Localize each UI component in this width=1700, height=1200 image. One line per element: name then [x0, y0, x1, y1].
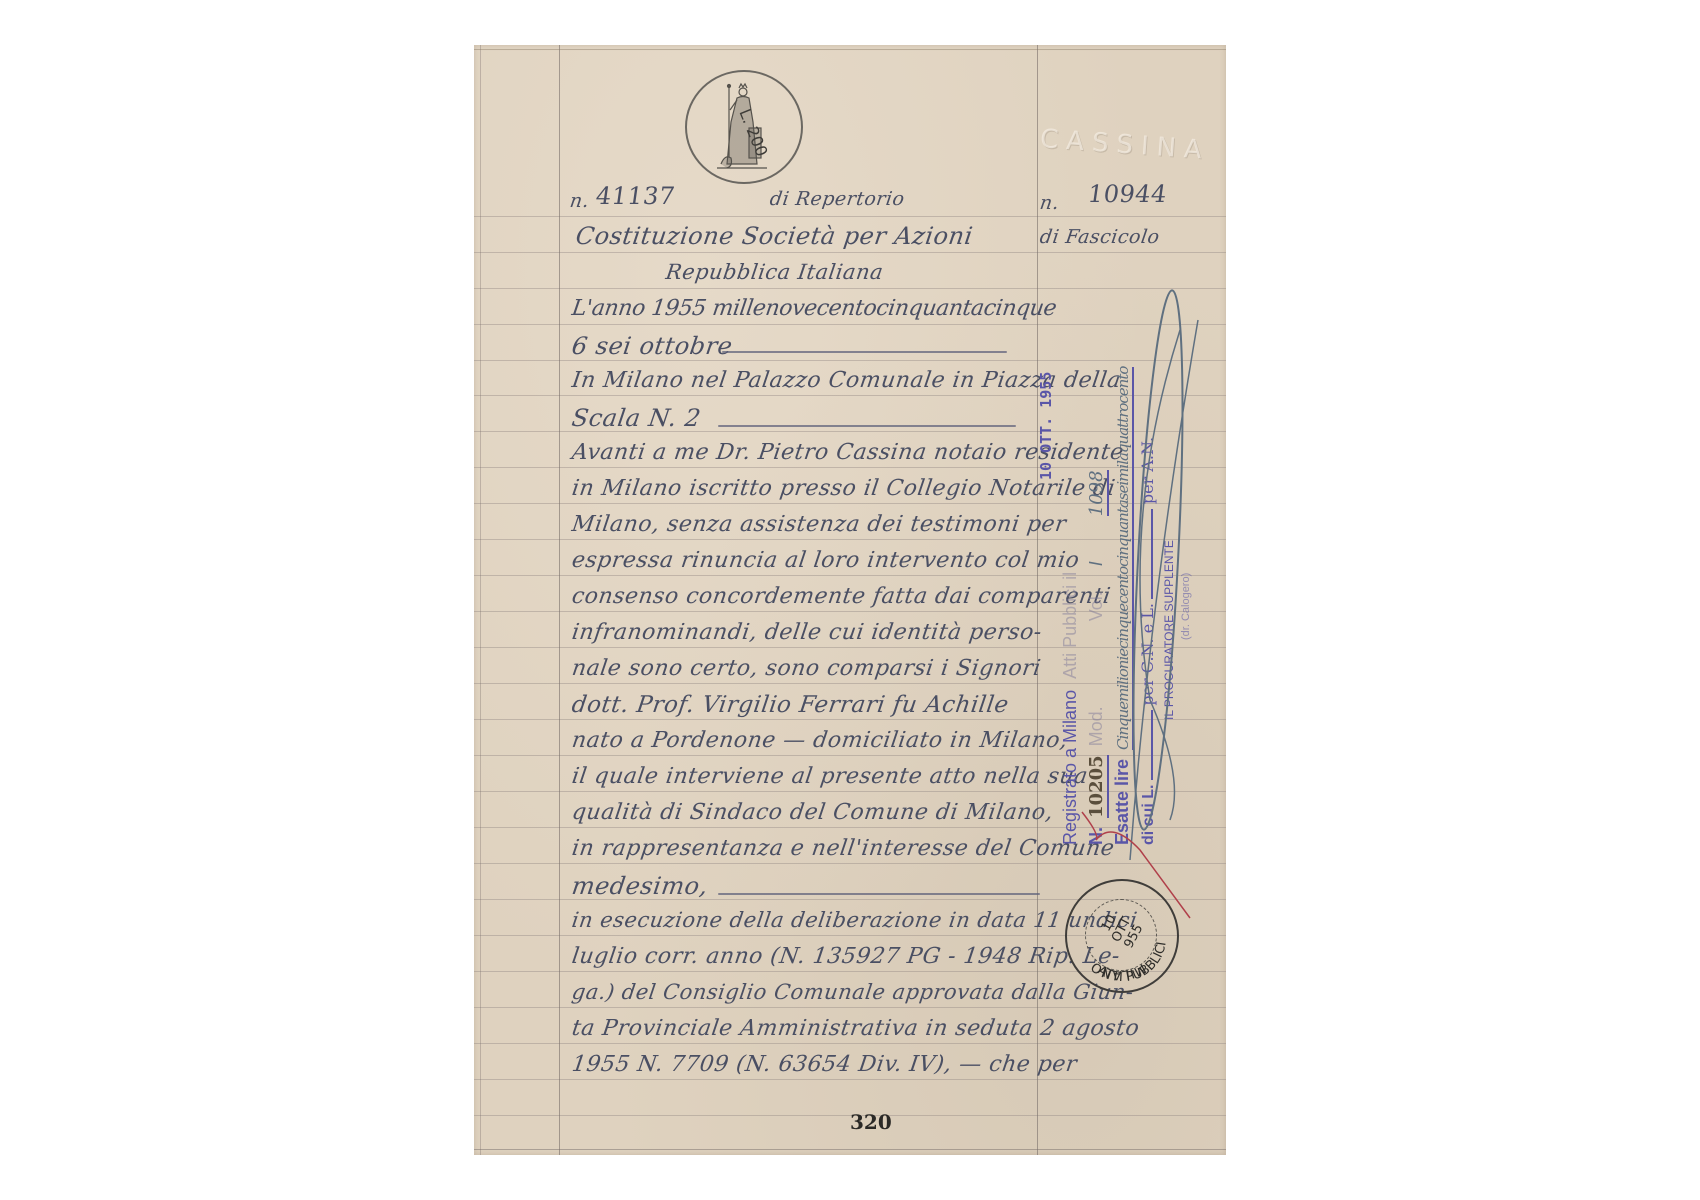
document-subtitle: Repubblica Italiana [664, 260, 885, 284]
ruled-line [474, 324, 1226, 325]
registration-line2: N. 10205 Mod. Vol. I 1098 [1086, 470, 1107, 845]
registration-mod-label: Mod. [1086, 706, 1106, 746]
registration-number: 10205 [1086, 755, 1109, 818]
body-line: 6 sei ottobre [570, 332, 734, 360]
registration-vol: I [1086, 561, 1106, 566]
body-line: 1955 N. 7709 (N. 63654 Div. IV), — che p… [570, 1052, 1078, 1077]
body-line: L'anno 1955 millenovecentocinquantacinqu… [570, 296, 1058, 321]
cnl-label: per C.N. e L. [1138, 603, 1157, 706]
body-line: Scala N. 2 [570, 404, 703, 432]
registration-number-prefix: N. [1086, 827, 1106, 845]
body-line: in rappresentanza e nell'interesse del C… [570, 836, 1116, 861]
body-line: luglio corr. anno (N. 135927 PG - 1948 R… [570, 944, 1121, 969]
registration-line6: (dr. Calogero) [1180, 573, 1192, 640]
repertorio-prefix: n. [568, 190, 590, 212]
raccolta-prefix: n. [1038, 192, 1060, 214]
amount-label: Esatte lire [1112, 759, 1132, 845]
body-line: ga.) del Consiglio Comunale approvata da… [570, 980, 1135, 1004]
body-line: consenso concordemente fatta dai compare… [570, 584, 1112, 609]
filler-line [722, 351, 1007, 353]
ruled-line [474, 863, 1226, 864]
filler-line [718, 425, 1016, 427]
ruled-line [474, 252, 1226, 253]
left-margin-line [559, 45, 560, 1155]
raccolta-label: di Fascicolo [1038, 226, 1161, 248]
body-line: espressa rinuncia al loro intervento col… [570, 548, 1081, 573]
registration-line4: di cui L. per C.N. e L. per A.N. [1138, 437, 1158, 845]
revenue-stamp: L. 200 [685, 70, 803, 184]
an-label: per A.N. [1138, 437, 1157, 504]
body-line: medesimo, [570, 872, 710, 900]
raccolta-number: 10944 [1086, 180, 1169, 208]
registration-vol-label: Vol. [1086, 591, 1106, 621]
document-title: Costituzione Società per Azioni [574, 222, 975, 250]
ruled-line [474, 1007, 1226, 1008]
body-line: Milano, senza assistenza dei testimoni p… [570, 512, 1068, 537]
registration-line1: Registrato a Milano Atti Pubblici il [1060, 572, 1081, 845]
repertorio-label: di Repertorio [768, 188, 906, 210]
registration-line3: Esatte lire Cinquemilioniecinquecentocin… [1112, 367, 1133, 845]
body-line: in Milano iscritto presso il Collegio No… [570, 476, 1117, 501]
outer-margin-line [480, 45, 481, 1155]
di-cui-label: di cui L. [1140, 785, 1157, 845]
ruled-line [474, 216, 1226, 217]
ruled-line [474, 360, 1226, 361]
ruled-line [474, 1043, 1226, 1044]
registration-extra: 1098 [1086, 470, 1109, 516]
body-line: nato a Pordenone — domiciliato in Milano… [570, 728, 1069, 753]
page-number: 320 [850, 1110, 892, 1134]
repertorio-number: 41137 [594, 182, 677, 210]
registration-faint-label: Atti Pubblici il [1060, 572, 1080, 679]
body-line: in esecuzione della deliberazione in dat… [570, 908, 1139, 932]
body-line: dott. Prof. Virgilio Ferrari fu Achille [570, 692, 1010, 718]
body-line: infranominandi, delle cui identità perso… [570, 620, 1043, 645]
filler-line [718, 893, 1040, 895]
top-edge-line [474, 49, 1226, 50]
registration-line5: IL PROCURATORE SUPPLENTE [1162, 540, 1176, 720]
ruled-line [474, 288, 1226, 289]
body-line: ta Provinciale Amministrativa in seduta … [570, 1016, 1141, 1041]
postmark-stamp: MILANO ATTI PUBBLICI 10 OTT 955 [1065, 879, 1179, 993]
body-line: il quale interviene al presente atto nel… [570, 764, 1089, 789]
registration-date: 10 OTT. 1955 [1037, 372, 1055, 480]
ruled-line [474, 1079, 1226, 1080]
registration-label: Registrato a Milano [1060, 690, 1080, 845]
body-line: qualità di Sindaco del Comune di Milano, [570, 800, 1055, 825]
amount-words: Cinquemilioniecinquecentocinquantaseimil… [1114, 367, 1134, 750]
body-line: nale sono certo, sono comparsi i Signori [570, 656, 1042, 681]
ruled-line [474, 1149, 1226, 1150]
